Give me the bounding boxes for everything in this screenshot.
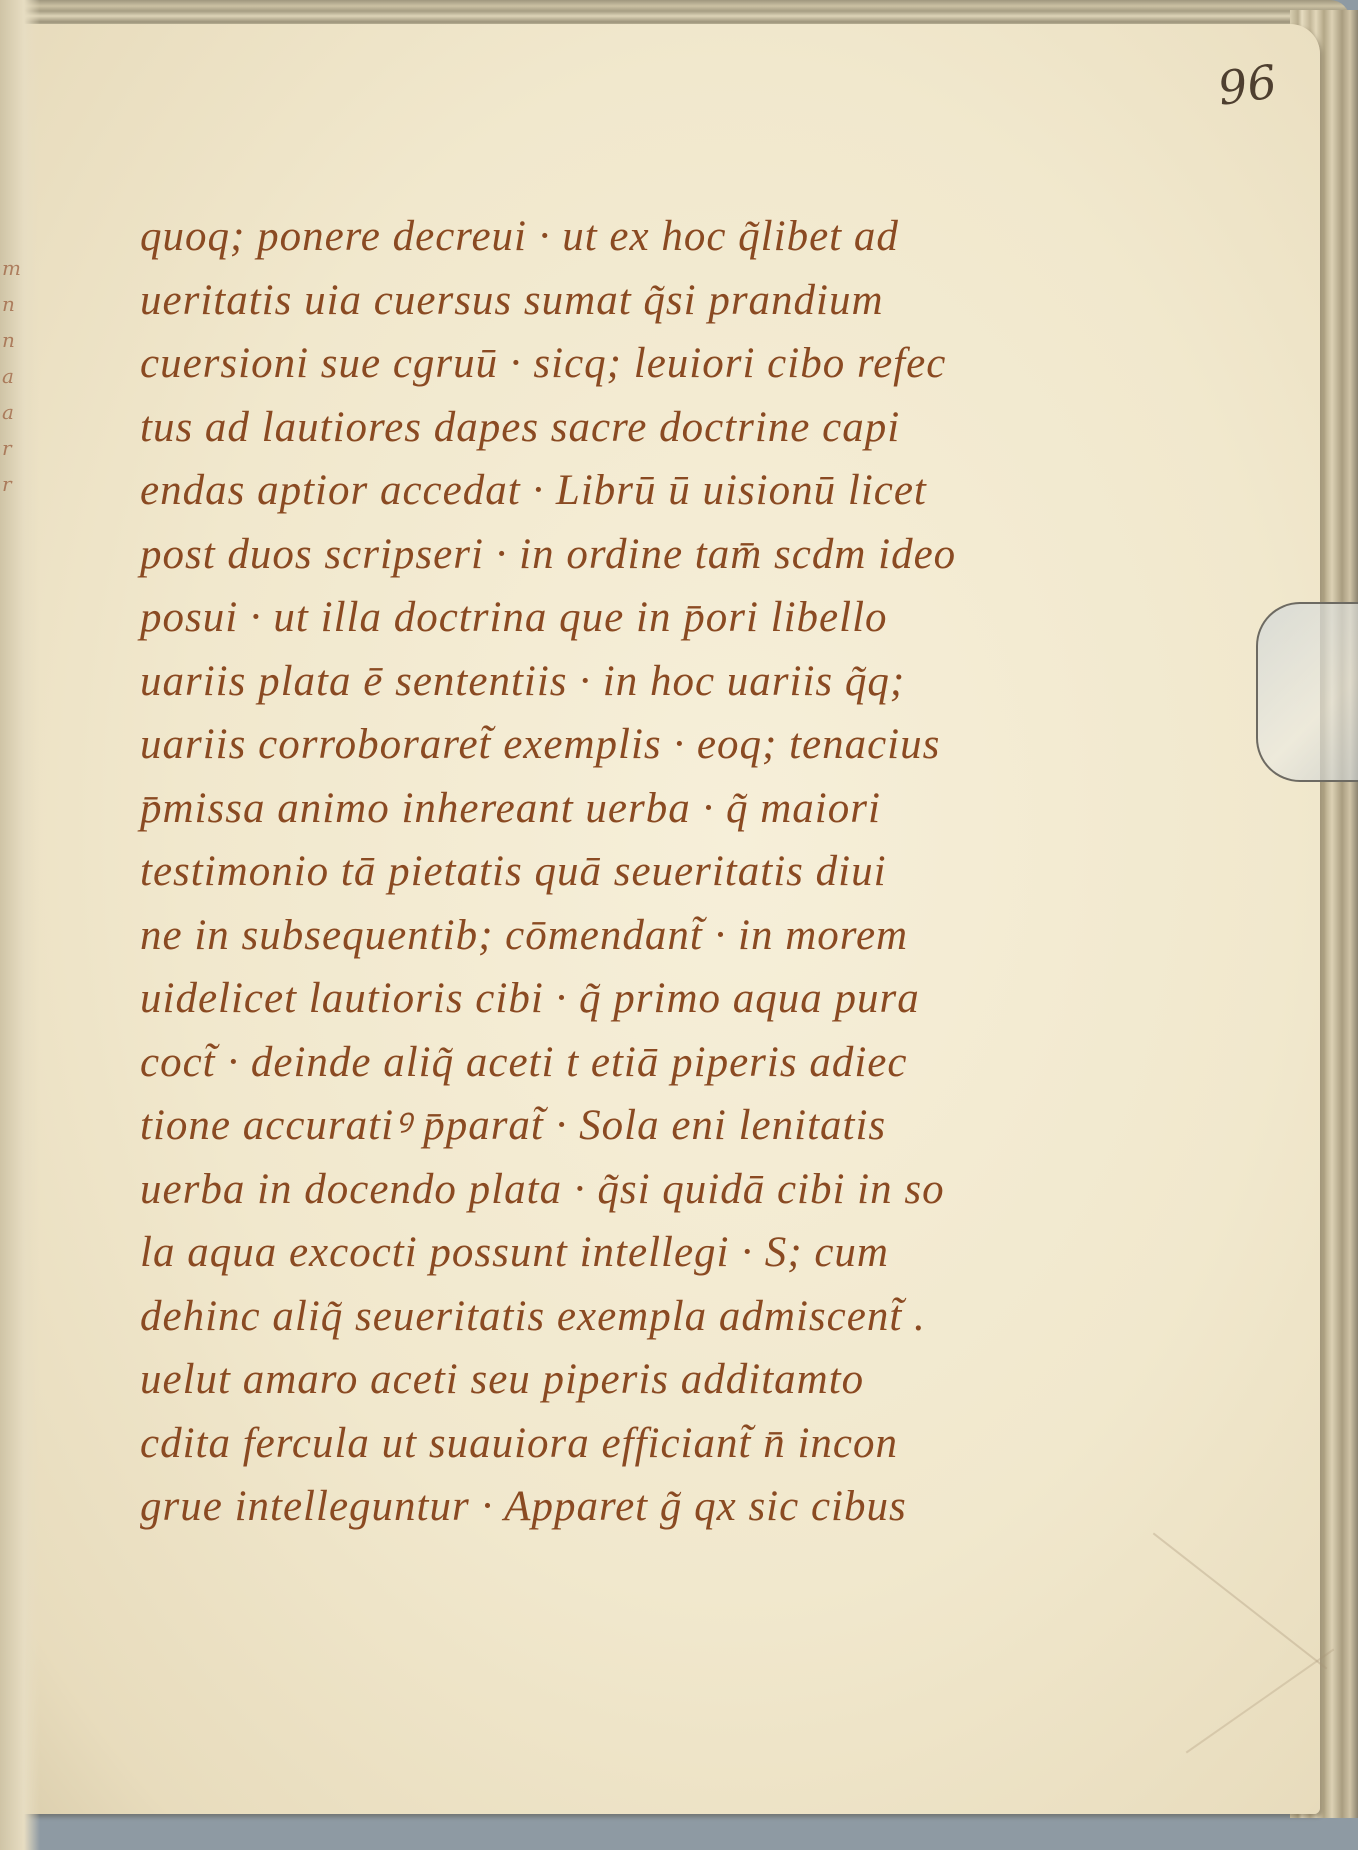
text-line: grue intelleguntur · Apparet g̃ qx sic c… bbox=[140, 1475, 1230, 1539]
text-line: post duos scripseri · in ordine tam̄ scd… bbox=[140, 523, 1230, 587]
text-line: uidelicet lautioris cibi · q̃ primo aqua… bbox=[140, 967, 1230, 1031]
text-line: ne in subsequentib; cōmendant̃ · in more… bbox=[140, 904, 1230, 968]
text-line: cdita fercula ut suauiora efficiant̃ n̄ … bbox=[140, 1412, 1230, 1476]
text-line: la aqua excocti possunt intellegi · S; c… bbox=[140, 1221, 1230, 1285]
folio-number: 96 bbox=[1215, 54, 1280, 116]
text-line: cuersioni sue cgruū · sicq; leuiori cibo… bbox=[140, 332, 1230, 396]
text-line: posui · ut illa doctrina que in p̄ori li… bbox=[140, 586, 1230, 650]
text-line: tus ad lautiores dapes sacre doctrine ca… bbox=[140, 396, 1230, 460]
text-line: tione accuratiꝰ p̄parat̃ · Sola eni leni… bbox=[140, 1094, 1230, 1158]
text-line: coct̃ · deinde aliq̃ aceti t etiā piperi… bbox=[140, 1031, 1230, 1095]
text-line: uariis corroboraret̃ exemplis · eoq; ten… bbox=[140, 713, 1230, 777]
previous-page-margin-letters: mnnaarr bbox=[2, 250, 22, 502]
text-line: ueritatis uia cuersus sumat q̃si prandiu… bbox=[140, 269, 1230, 333]
text-line: uelut amaro aceti seu piperis additamto bbox=[140, 1348, 1230, 1412]
page-stack-top-edge bbox=[20, 0, 1350, 26]
text-line: uerba in docendo plata · q̃si quidā cibi… bbox=[140, 1158, 1230, 1222]
text-line: endas aptior accedat · Librū ū uisionū l… bbox=[140, 459, 1230, 523]
text-line: uariis plata ē sententiis · in hoc uarii… bbox=[140, 650, 1230, 714]
text-line: quoq; ponere decreui · ut ex hoc q̃libet… bbox=[140, 205, 1230, 269]
text-line: testimonio tā pietatis quā seueritatis d… bbox=[140, 840, 1230, 904]
text-line: dehinc aliq̃ seueritatis exempla admisce… bbox=[140, 1285, 1230, 1349]
text-line: p̄missa animo inhereant uerba · q̃ maior… bbox=[140, 777, 1230, 841]
plastic-page-clip bbox=[1256, 602, 1358, 782]
manuscript-text-block: quoq; ponere decreui · ut ex hoc q̃libet… bbox=[140, 205, 1230, 1539]
